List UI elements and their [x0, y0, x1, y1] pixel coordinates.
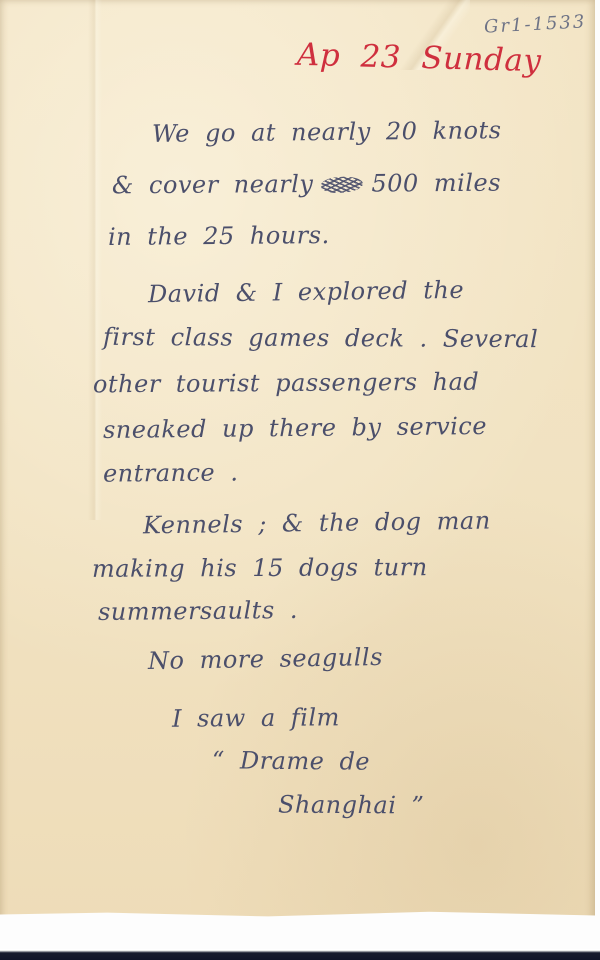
scanner-background-strip	[0, 932, 600, 950]
diary-line-2-end: 500 miles	[371, 169, 501, 198]
date-heading: Ap 23 Sunday	[297, 37, 542, 79]
diary-line-11: summersaults .	[98, 596, 298, 626]
diary-line-4: David & I explored the	[148, 276, 464, 308]
diary-line-15-film-title: Shanghai ”	[278, 790, 425, 819]
paper-crease-vertical	[88, 0, 102, 520]
diary-line-7: sneaked up there by service	[103, 412, 487, 444]
scanner-background-right-edge	[595, 0, 600, 940]
diary-line-3: in the 25 hours.	[108, 221, 330, 251]
diary-line-8: entrance .	[103, 458, 239, 487]
diary-line-9: Kennels ; & the dog man	[143, 507, 491, 540]
diary-line-13: I saw a film	[172, 703, 340, 732]
diary-line-1: We go at nearly 20 knots	[152, 116, 502, 148]
scribbled-out-word	[321, 175, 364, 194]
diary-line-2-start: & cover nearly	[112, 170, 314, 199]
diary-line-2: & cover nearly500 miles	[112, 169, 501, 200]
diary-line-6: other tourist passengers had	[93, 368, 479, 399]
diary-line-5: first class games deck . Several	[103, 323, 538, 353]
scanned-diary-page: Gr1-1533 Ap 23 Sunday We go at nearly 20…	[0, 0, 600, 960]
diary-line-14-film-title: “ Drame de	[212, 746, 370, 775]
diary-line-12: No more seagulls	[148, 643, 383, 675]
diary-line-10: making his 15 dogs turn	[92, 553, 428, 583]
scanner-bed-dark-bar	[0, 949, 600, 960]
